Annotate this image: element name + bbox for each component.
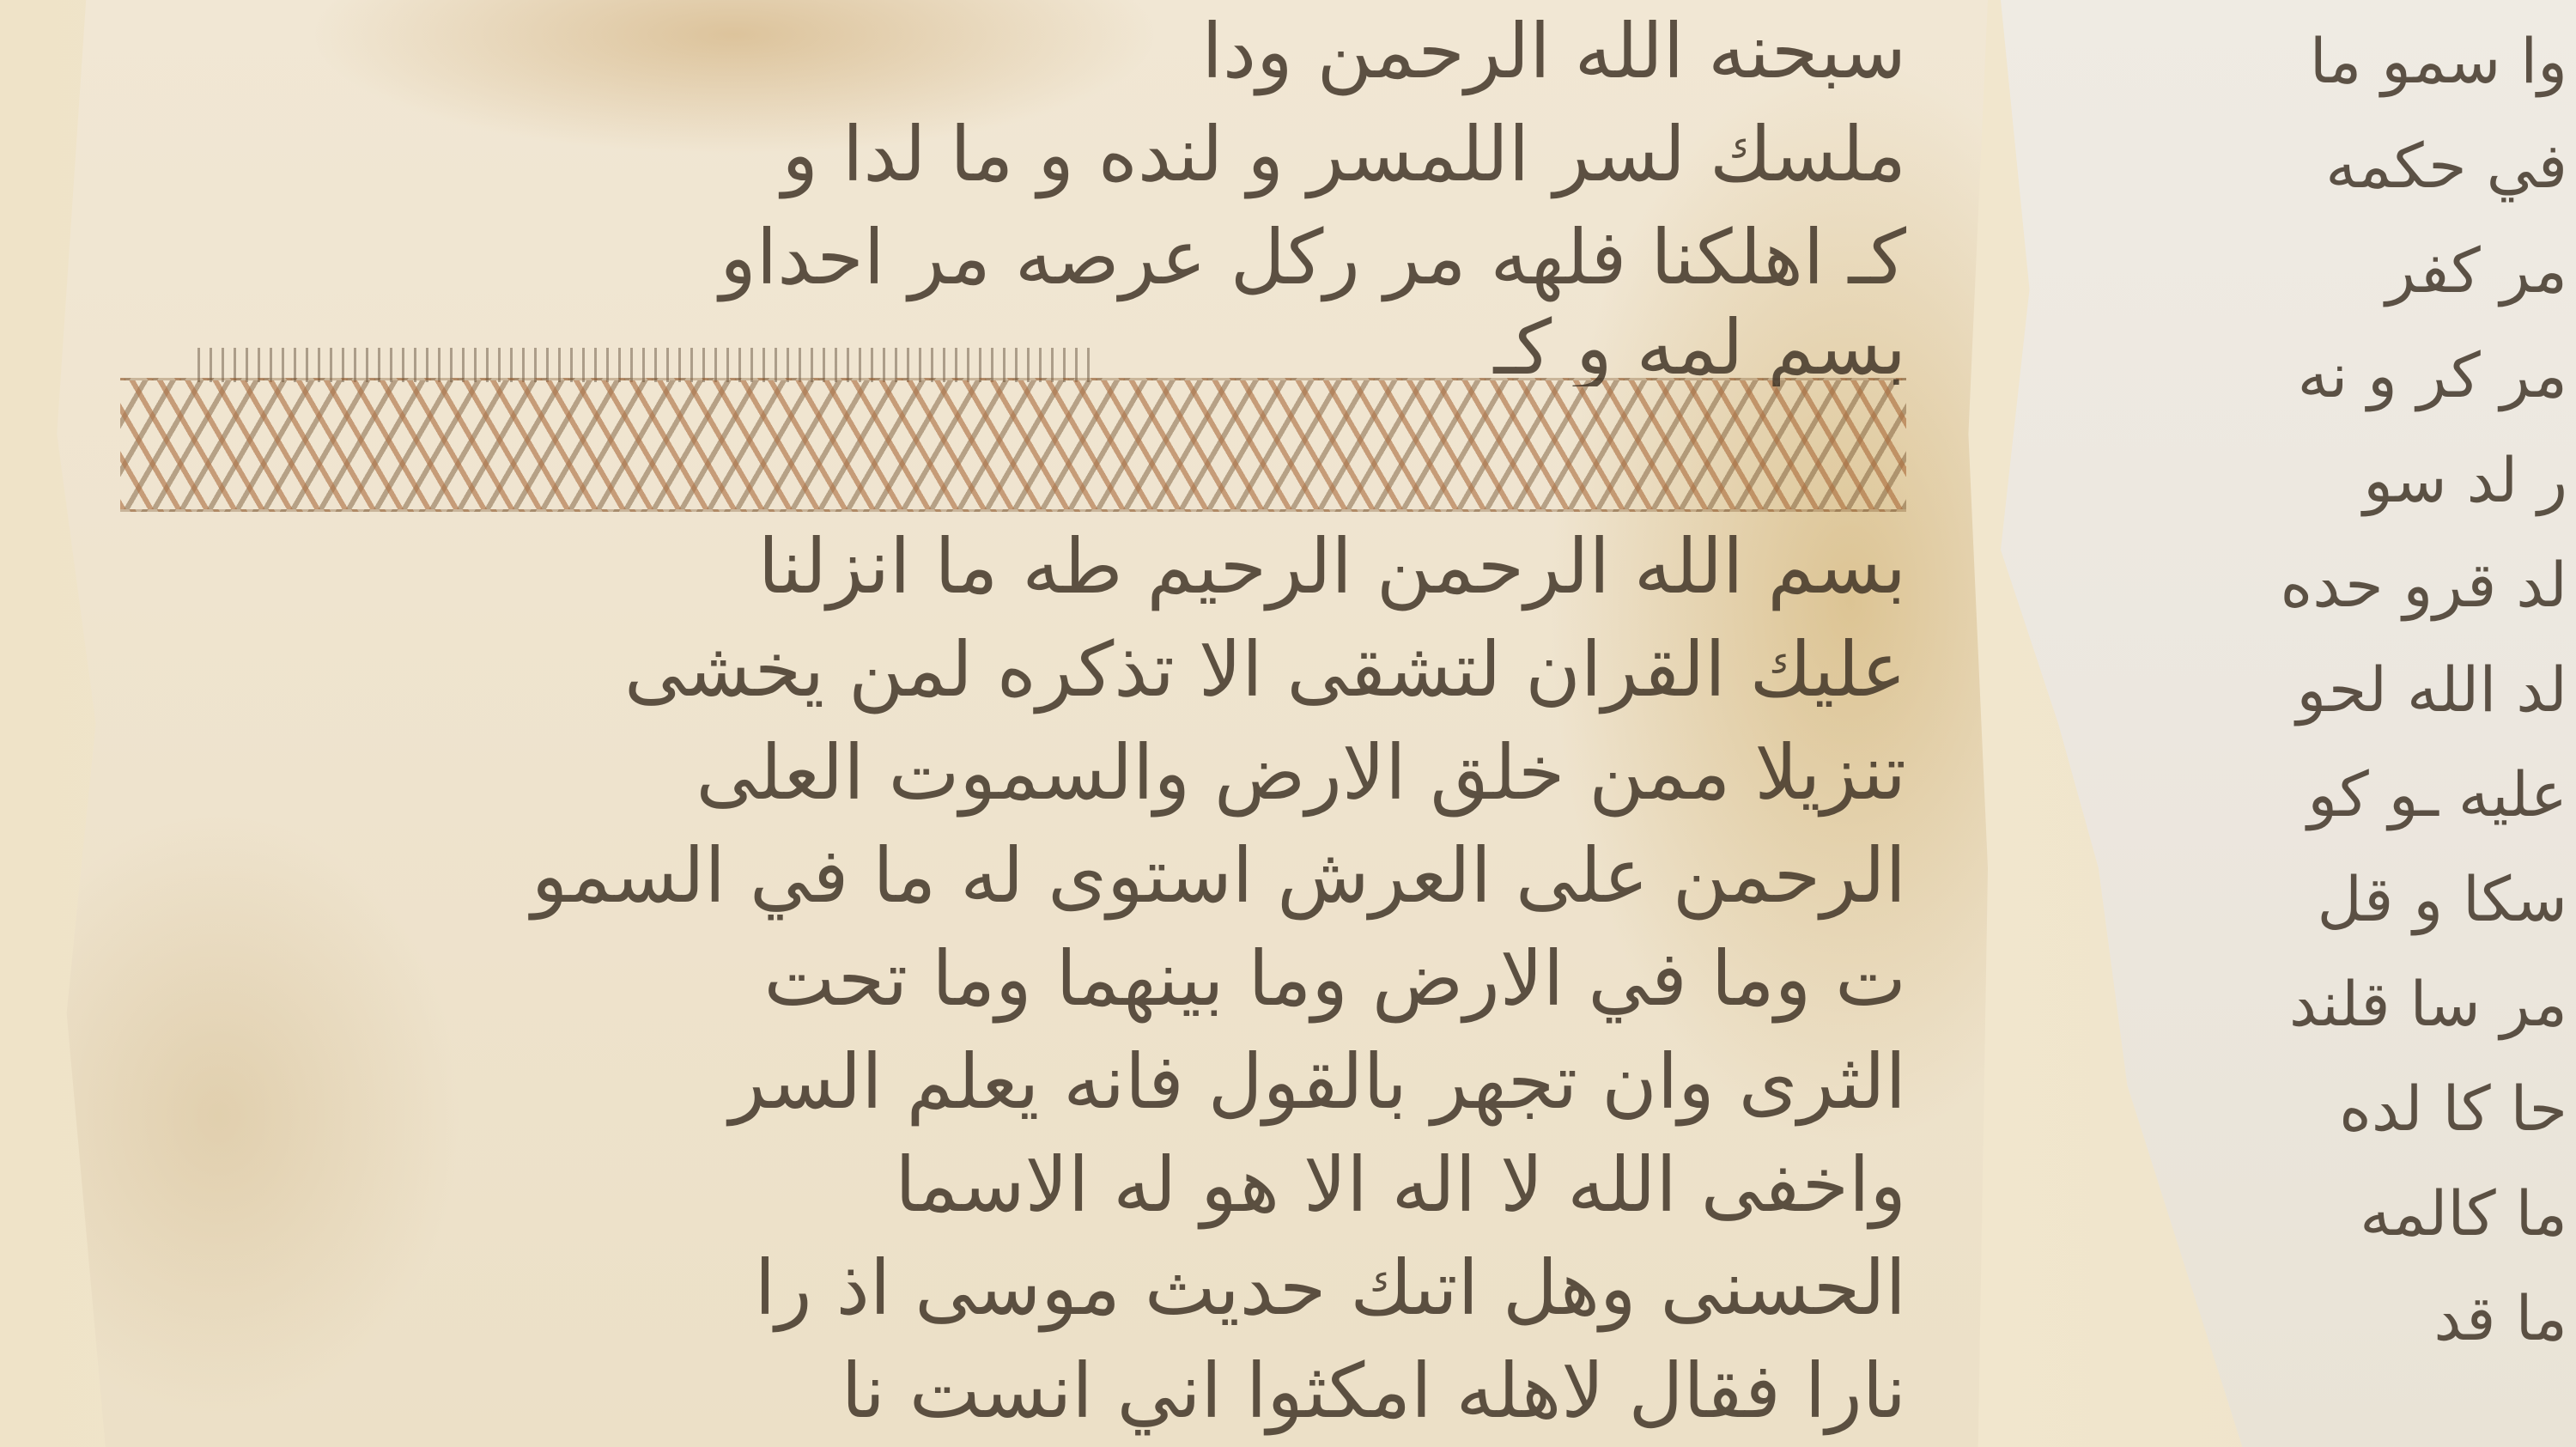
script-line: ما كالمه — [2104, 1161, 2567, 1266]
script-line: كـ اهلكنا فلهه مر ركل عرصه مر احداو — [189, 206, 1906, 309]
script-line: نارا فقال لاهله امكثوا اني انست نا — [189, 1340, 1906, 1443]
script-line: بسم الله الرحمن الرحيم طه ما انزلنا — [189, 515, 1906, 618]
script-line: ر لد سو — [2104, 428, 2567, 532]
script-line: ملسك لسر اللمسر و لنده و ما لدا و — [189, 103, 1906, 206]
right-leaf-text: وا سمو ما في حكمه مر كفر مر كر و نه ر لد… — [2104, 9, 2567, 1371]
script-line: الحسنى وهل اتىك حديث موسى اذ را — [189, 1237, 1906, 1340]
decorative-zigzag-band — [120, 378, 1906, 512]
script-line: الثرى وان تجهر بالقول فانه يعلم السر — [189, 1031, 1906, 1134]
script-line: ما قد — [2104, 1266, 2567, 1371]
script-line: لد قرو حده — [2104, 532, 2567, 637]
manuscript-photo: سبحنه الله الرحمن ودا ملسك لسر اللمسر و … — [0, 0, 2576, 1447]
script-line: مر كفر — [2104, 218, 2567, 323]
script-line: تنزيلا ممن خلق الارض والسموت العلى — [189, 721, 1906, 824]
left-leaf-lower-text: بسم الله الرحمن الرحيم طه ما انزلنا عليك… — [189, 515, 1906, 1443]
script-line: وا سمو ما — [2104, 9, 2567, 113]
script-line: مر كر و نه — [2104, 323, 2567, 428]
script-line: واخفى الله لا اله الا هو له الاسما — [189, 1134, 1906, 1237]
script-line: سبحنه الله الرحمن ودا — [189, 0, 1906, 103]
script-line: بسم لمه و كـ — [189, 309, 1906, 386]
script-line: سكا و قل — [2104, 847, 2567, 951]
script-line: حا كا لده — [2104, 1056, 2567, 1161]
script-line: مر سا قلند — [2104, 951, 2567, 1056]
script-line: لد الله لحو — [2104, 637, 2567, 742]
script-line: عليك القران لتشقى الا تذكره لمن يخشى — [189, 618, 1906, 721]
script-line: عليه ـو كو — [2104, 742, 2567, 847]
script-line: في حكمه — [2104, 113, 2567, 218]
left-leaf-upper-text: سبحنه الله الرحمن ودا ملسك لسر اللمسر و … — [189, 0, 1906, 386]
script-line: ت وما في الارض وما بينهما وما تحت — [189, 927, 1906, 1031]
script-line: الرحمن على العرش استوى له ما في السمو — [189, 824, 1906, 927]
